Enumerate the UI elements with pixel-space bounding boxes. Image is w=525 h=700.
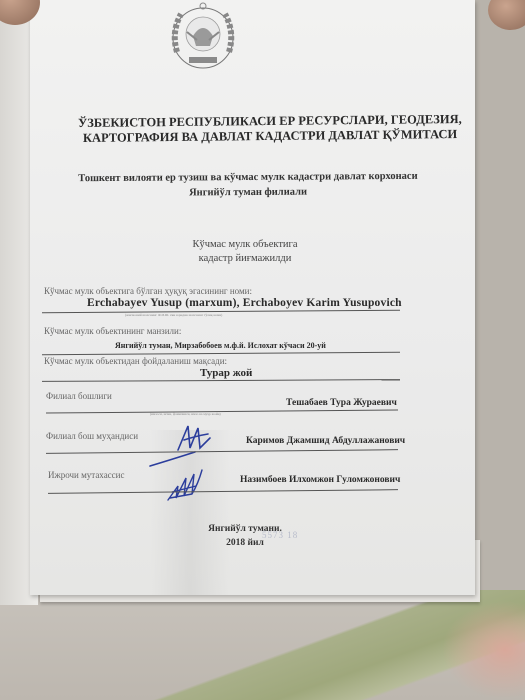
address-value: Янгийўл туман, Мирзабобоев м.ф.й. Ислоха… bbox=[115, 341, 326, 350]
signatory-name-engineer: Каримов Джамшид Абдуллажанович bbox=[246, 436, 405, 446]
purpose-label: Кўчмас мулк объектидан фойдаланиш мақсад… bbox=[44, 356, 227, 366]
state-emblem-icon bbox=[163, 2, 243, 74]
organization-line1: Тошкент вилояти ер тузиш ва кўчмас мулк … bbox=[38, 169, 458, 187]
signatory-role-specialist: Ижрочи мутахассис bbox=[48, 470, 125, 480]
owner-hint: (жисмоний шахснинг Ф.И.Ш. ёки юридик шах… bbox=[125, 313, 222, 317]
footer-year: 2018 йил bbox=[150, 536, 340, 550]
organization-name: Тошкент вилояти ер тузиш ва кўчмас мулк … bbox=[38, 169, 458, 202]
stamp-number: 5573 18 bbox=[262, 530, 298, 540]
owner-label: Кўчмас мулк объектига бўлган ҳуқуқ эгаси… bbox=[44, 286, 252, 296]
signatory-name-head: Тешабаев Тура Жураевич bbox=[286, 398, 397, 408]
background-fabric bbox=[0, 590, 525, 700]
document-footer: Янгийўл тумани. 2018 йил bbox=[150, 522, 340, 550]
signature-specialist-icon bbox=[162, 464, 212, 508]
signatory-name-specialist: Назимбоев Илхомжон Гуломжонович bbox=[240, 475, 400, 485]
organization-line2: Янгийўл туман филиали bbox=[38, 184, 458, 202]
document-title-line2: кадастр йиғмажилди bbox=[150, 252, 340, 266]
footer-place: Янгийўл тумани. bbox=[150, 522, 340, 536]
purpose-value: Турар жой bbox=[200, 367, 252, 379]
owner-value: Erchabayev Yusup (marxum), Erchaboyev Ka… bbox=[87, 297, 402, 309]
signatory-role-head: Филиал бошлиги bbox=[46, 391, 112, 401]
address-label: Кўчмас мулк объектининг манзили: bbox=[44, 326, 181, 336]
committee-title: ЎЗБЕКИСТОН РЕСПУБЛИКАСИ ЕР РЕСУРСЛАРИ, Г… bbox=[60, 112, 480, 146]
document-title: Кўчмас мулк объектига кадастр йиғмажилди bbox=[150, 238, 340, 266]
document-title-line1: Кўчмас мулк объектига bbox=[150, 238, 340, 252]
holding-finger-right bbox=[488, 0, 525, 30]
signatory-role-engineer: Филиал бош муҳандиси bbox=[46, 431, 138, 441]
signature-engineer-icon bbox=[140, 422, 230, 470]
signatory-hint-head: (имзоси, исми, фамилияси, имзо ва муҳр ж… bbox=[150, 412, 221, 416]
